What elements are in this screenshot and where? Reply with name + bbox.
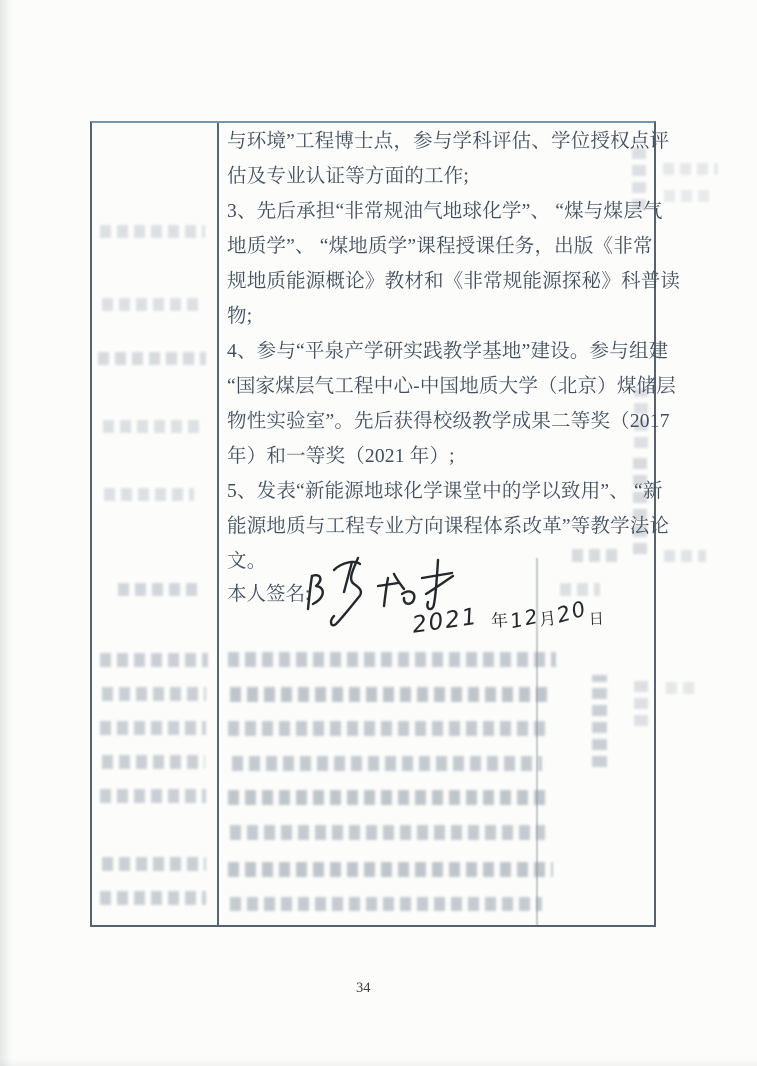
bleed-through-smudge	[664, 190, 714, 202]
signature-label: 本人签名:	[227, 578, 310, 606]
content-line: 规地质能源概论》教材和《非常规能源探秘》科普读	[227, 261, 655, 296]
content-line: 物性实验室”。先后获得校级教学成果二等奖（2017	[227, 401, 655, 436]
bleed-through-smudge	[666, 682, 696, 694]
bleed-through-smudge	[664, 550, 706, 562]
content-line: 5、发表“新能源地球化学课堂中的学以致用”、 “新	[227, 471, 655, 506]
content-line: “国家煤层气工程中心-中国地质大学（北京）煤储层	[227, 366, 655, 401]
content-line: 能源地质与工程专业方向课程体系改革”等教学法论	[227, 506, 655, 541]
signature-row: 本人签名:	[227, 574, 310, 609]
content-line: 估及专业认证等方面的工作;	[227, 156, 655, 191]
form-table-right-cell-text: 与环境”工程博士点，参与学科评估、学位授权点评估及专业认证等方面的工作;3、先后…	[227, 121, 655, 576]
content-line: 地质学”、 “煤地质学”课程授课任务，出版《非常	[227, 226, 655, 261]
handwritten-date-day-unit: 日	[588, 608, 604, 630]
handwritten-date-month: 12	[507, 604, 541, 634]
bleed-through-smudge	[663, 163, 718, 175]
content-line: 与环境”工程博士点，参与学科评估、学位授权点评	[227, 121, 655, 156]
content-line: 物;	[227, 296, 655, 331]
table-column-divider	[217, 123, 219, 925]
content-line: 4、参与“平泉产学研实践教学基地”建设。参与组建	[227, 331, 655, 366]
scanned-document-page: 与环境”工程博士点，参与学科评估、学位授权点评估及专业认证等方面的工作;3、先后…	[0, 0, 757, 1066]
content-line: 年）和一等奖（2021 年）;	[227, 436, 655, 471]
handwritten-date-year-unit: 年	[490, 606, 509, 632]
page-number: 34	[356, 980, 371, 997]
content-line: 3、先后承担“非常规油气地球化学”、 “煤与煤层气	[227, 191, 655, 226]
